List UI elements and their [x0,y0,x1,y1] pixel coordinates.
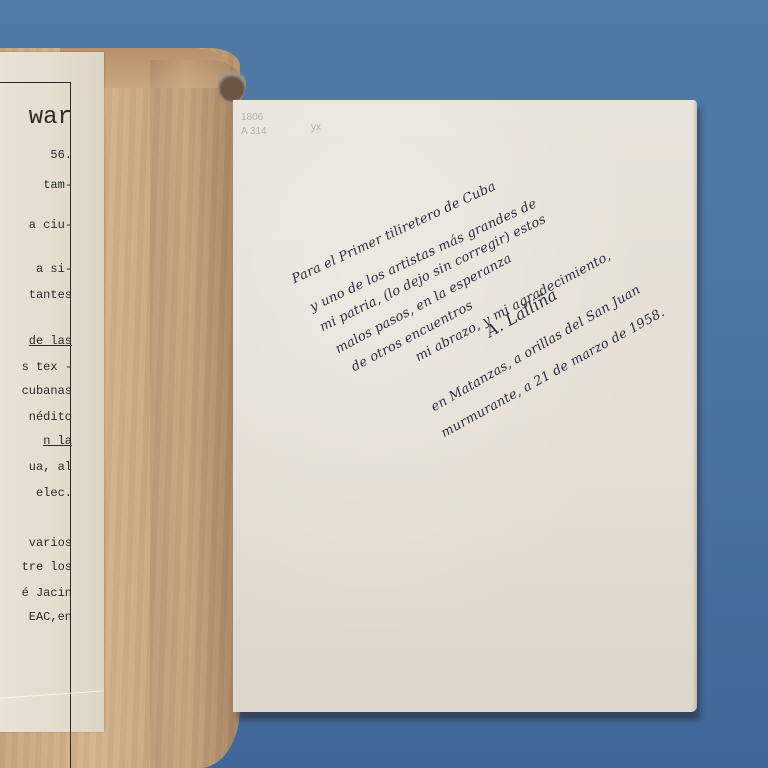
typed-line: é Jacin [22,586,72,600]
typed-line: tre los [22,560,72,574]
photo-scene: war 56. tam- a ciu- a si- tantes de las … [0,0,768,768]
typed-line: nédito [29,410,72,424]
typed-line: a si- [36,262,72,276]
typed-line: 56. [50,148,72,162]
typed-line: n la [43,434,72,448]
handwritten-dedication: Para el Primer tiliretero de Cuba y uno … [296,124,716,444]
typed-line: tantes [29,288,72,302]
typed-line: ua, al [29,460,72,474]
pencil-note: 1806 [241,112,263,124]
typed-line: de las [29,334,72,348]
pencil-note: A 314 [241,126,267,138]
typed-line: cubanas [22,384,72,398]
typed-line: elec. [36,486,72,500]
typed-line: tam- [43,178,72,192]
typed-line: war [29,104,72,131]
binding-string [218,66,246,104]
typed-line: s tex - [22,360,72,374]
typed-line: EAC,en [29,610,72,624]
kraft-cover-fold [150,60,240,768]
typed-line: a ciu- [29,218,72,232]
typed-line: varios [29,536,72,550]
